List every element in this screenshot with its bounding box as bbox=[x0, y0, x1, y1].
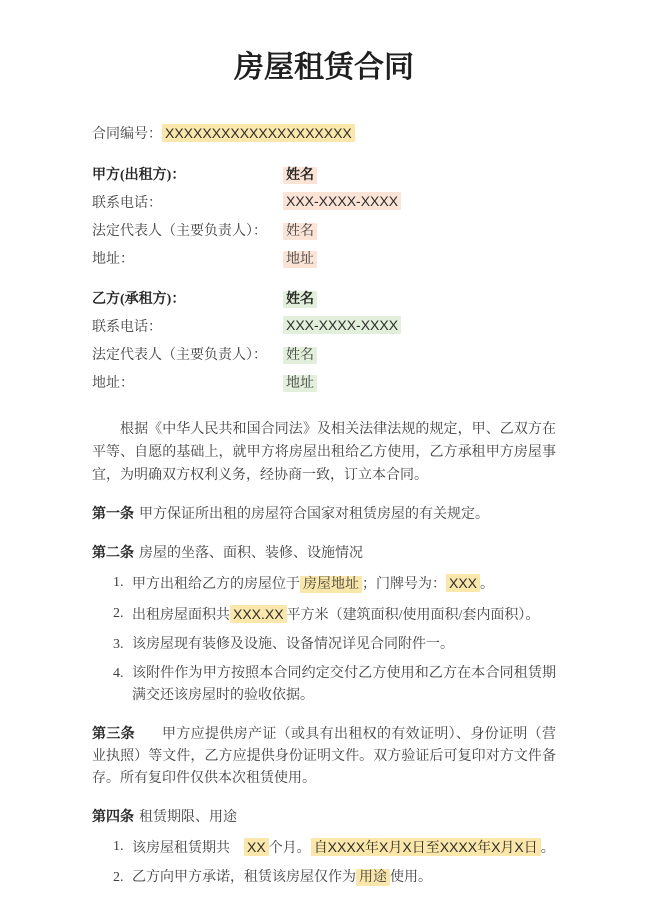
party-a-name-label: 甲方(出租方)： bbox=[92, 164, 283, 184]
item-number: 1. bbox=[113, 836, 132, 860]
contract-document: 房屋租赁合同 合同编号：XXXXXXXXXXXXXXXXXXXX 甲方(出租方)… bbox=[0, 0, 648, 916]
party-b-phone-row: 联系电话： XXX-XXXX-XXXX bbox=[92, 312, 556, 340]
article-2-list: 1. 甲方出租给乙方的房屋位于房屋地址；门牌号为：XXX。 2. 出租房屋面积共… bbox=[92, 572, 556, 707]
article-4-label: 第四条 bbox=[92, 810, 134, 825]
item-number: 4. bbox=[113, 663, 132, 707]
contract-number-value: XXXXXXXXXXXXXXXXXXXX bbox=[162, 124, 355, 142]
house-address-placeholder: 房屋地址 bbox=[300, 576, 362, 593]
lease-months-placeholder: XX bbox=[244, 838, 269, 856]
item-number: 2. bbox=[113, 867, 132, 889]
party-a-address-value: 地址 bbox=[283, 251, 317, 268]
item-number: 3. bbox=[113, 634, 132, 656]
article-3: 第三条甲方应提供房产证（或具有出租权的有效证明）、身份证明（营业执照）等文件，乙… bbox=[92, 724, 556, 790]
article-4-list: 1. 该房屋租赁期共 XX个月。自XXXX年X月X日至XXXX年X月X日。 2.… bbox=[92, 836, 556, 889]
article-3-text: 甲方应提供房产证（或具有出租权的有效证明）、身份证明（营业执照）等文件，乙方应提… bbox=[92, 727, 556, 786]
article-4-heading: 第四条租赁期限、用途 bbox=[92, 807, 556, 829]
article-1-text: 甲方保证所出租的房屋符合国家对租赁房屋的有关规定。 bbox=[139, 507, 489, 522]
party-b-name-row: 乙方(承租方)： 姓名 bbox=[92, 284, 556, 312]
party-b-section: 乙方(承租方)： 姓名 联系电话： XXX-XXXX-XXXX 法定代表人（主要… bbox=[92, 284, 556, 396]
party-a-name-row: 甲方(出租方)： 姓名 bbox=[92, 160, 556, 188]
party-b-address-value: 地址 bbox=[283, 375, 317, 392]
party-b-name-value: 姓名 bbox=[283, 291, 317, 308]
item-number: 2. bbox=[113, 603, 132, 627]
article-2-heading: 第二条房屋的坐落、面积、装修、设施情况 bbox=[92, 543, 556, 565]
party-a-phone-value: XXX-XXXX-XXXX bbox=[283, 192, 401, 210]
party-b-address-row: 地址： 地址 bbox=[92, 368, 556, 396]
article-2-item-2: 2. 出租房屋面积共XXX.XX平方米（建筑面积/使用面积/套内面积）。 bbox=[92, 603, 556, 627]
usage-placeholder: 用途 bbox=[356, 869, 390, 886]
article-4-item-1: 1. 该房屋租赁期共 XX个月。自XXXX年X月X日至XXXX年X月X日。 bbox=[92, 836, 556, 860]
party-a-name-value: 姓名 bbox=[283, 167, 317, 184]
party-b-phone-value: XXX-XXXX-XXXX bbox=[283, 316, 401, 334]
article-1: 第一条甲方保证所出租的房屋符合国家对租赁房屋的有关规定。 bbox=[92, 504, 556, 526]
lease-dates-placeholder: 自XXXX年X月X日至XXXX年X月X日 bbox=[311, 838, 541, 856]
party-a-phone-label: 联系电话： bbox=[92, 192, 283, 212]
party-a-representative-value: 姓名 bbox=[283, 223, 317, 240]
party-b-phone-label: 联系电话： bbox=[92, 316, 283, 336]
article-2-label: 第二条 bbox=[92, 546, 134, 561]
article-3-label: 第三条 bbox=[92, 727, 135, 742]
article-2-item-3: 3. 该房屋现有装修及设施、设备情况详见合同附件一。 bbox=[92, 634, 556, 656]
party-b-representative-row: 法定代表人（主要负责人）： 姓名 bbox=[92, 340, 556, 368]
preamble-paragraph: 根据《中华人民共和国合同法》及相关法律法规的规定，甲、乙双方在平等、自愿的基础上… bbox=[92, 418, 556, 487]
article-2-title: 房屋的坐落、面积、装修、设施情况 bbox=[139, 546, 363, 561]
party-b-representative-value: 姓名 bbox=[283, 347, 317, 364]
article-2-item-1: 1. 甲方出租给乙方的房屋位于房屋地址；门牌号为：XXX。 bbox=[92, 572, 556, 596]
article-4-title: 租赁期限、用途 bbox=[139, 810, 237, 825]
article-1-label: 第一条 bbox=[92, 507, 134, 522]
party-a-section: 甲方(出租方)： 姓名 联系电话： XXX-XXXX-XXXX 法定代表人（主要… bbox=[92, 160, 556, 272]
party-a-representative-label: 法定代表人（主要负责人）： bbox=[92, 220, 283, 240]
document-title: 房屋租赁合同 bbox=[92, 48, 556, 88]
article-4-item-2: 2. 乙方向甲方承诺，租赁该房屋仅作为用途使用。 bbox=[92, 867, 556, 889]
party-a-phone-row: 联系电话： XXX-XXXX-XXXX bbox=[92, 188, 556, 216]
article-2-item-4: 4. 该附件作为甲方按照本合同约定交付乙方使用和乙方在本合同租赁期满交还该房屋时… bbox=[92, 663, 556, 707]
party-a-address-label: 地址： bbox=[92, 248, 283, 268]
item-number: 1. bbox=[113, 572, 132, 596]
party-b-address-label: 地址： bbox=[92, 372, 283, 392]
party-a-representative-row: 法定代表人（主要负责人）： 姓名 bbox=[92, 216, 556, 244]
party-b-representative-label: 法定代表人（主要负责人）： bbox=[92, 344, 283, 364]
area-placeholder: XXX.XX bbox=[230, 605, 287, 623]
party-b-name-label: 乙方(承租方)： bbox=[92, 288, 283, 308]
contract-number-row: 合同编号：XXXXXXXXXXXXXXXXXXXX bbox=[92, 122, 556, 146]
contract-number-label: 合同编号： bbox=[92, 127, 162, 142]
house-number-placeholder: XXX bbox=[446, 574, 480, 592]
party-a-address-row: 地址： 地址 bbox=[92, 244, 556, 272]
